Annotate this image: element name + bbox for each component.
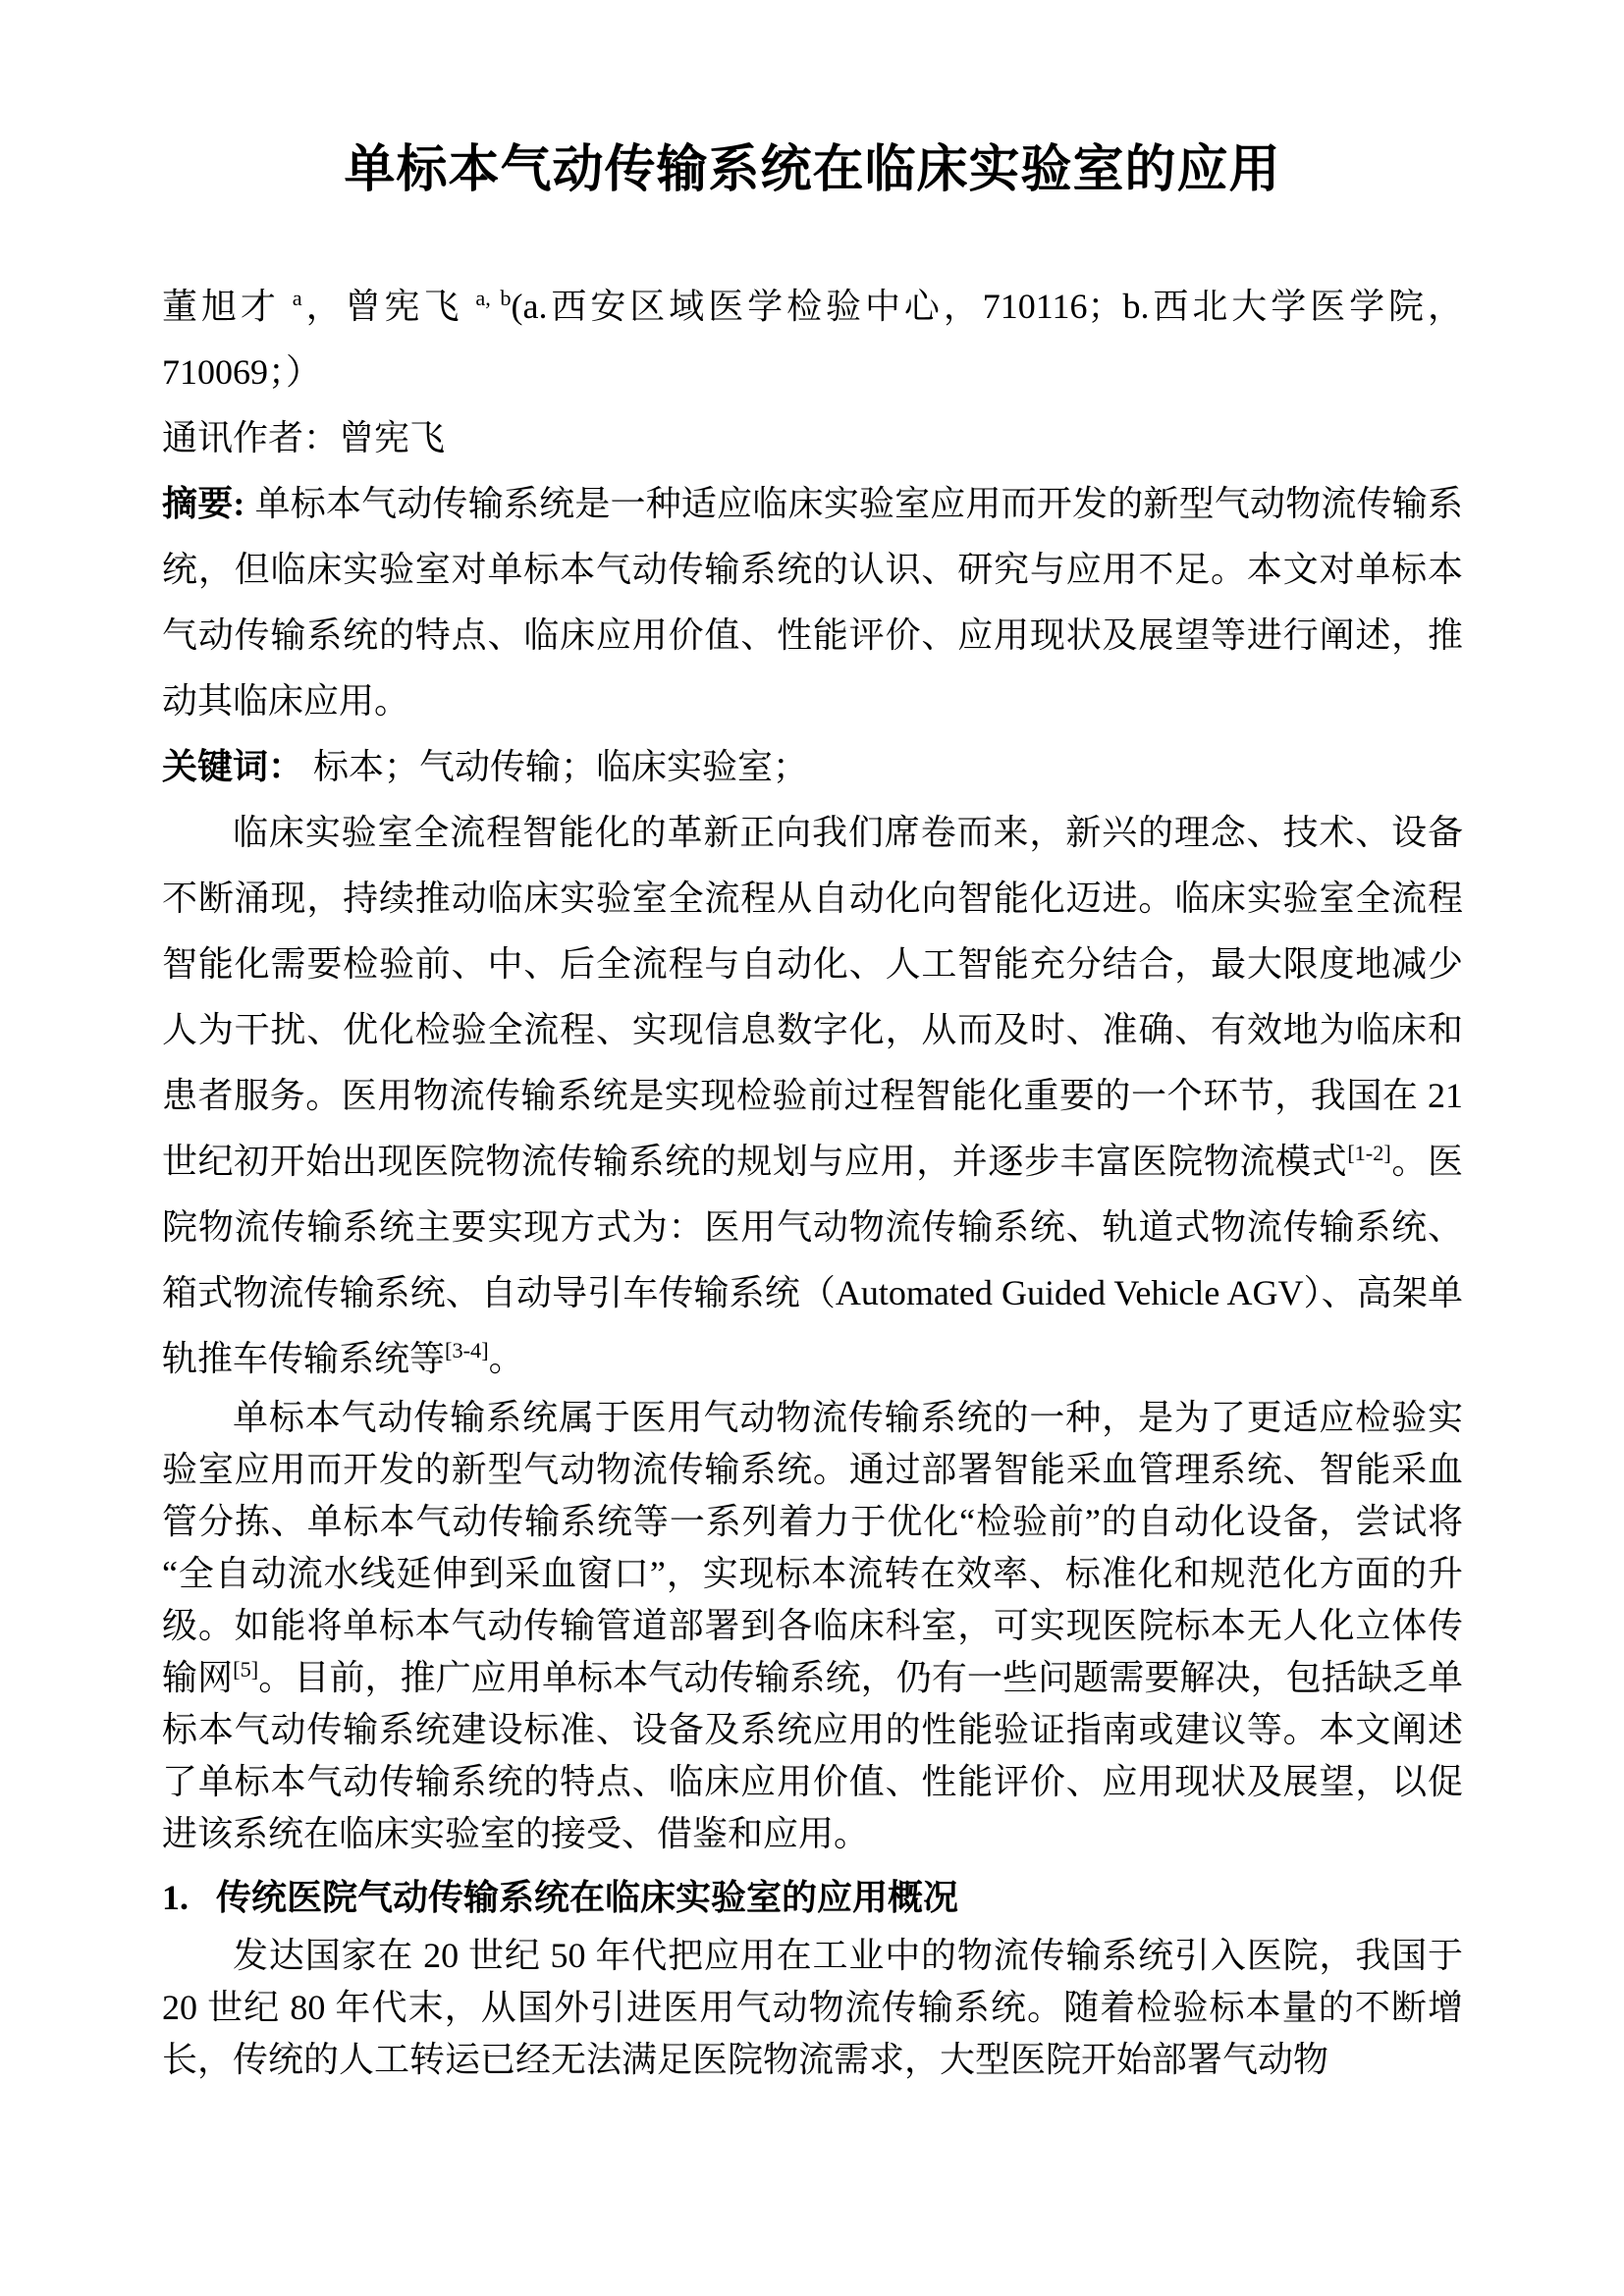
abstract-paragraph: 摘要:单标本气动传输系统是一种适应临床实验室应用而开发的新型气动物流传输系统，但… bbox=[162, 471, 1463, 734]
paper-title: 单标本气动传输系统在临床实验室的应用 bbox=[162, 131, 1463, 211]
body-section: 单标本气动传输系统属于医用气动物流传输系统的一种，是为了更适应检验实验室应用而开… bbox=[162, 1392, 1463, 2086]
abstract-label: 摘要: bbox=[162, 484, 244, 523]
author-affiliation-line: 董旭才 a，曾宪飞 a, b(a.西安区域医学检验中心，710116；b.西北大… bbox=[162, 274, 1463, 405]
keywords-text: 标本；气动传输；临床实验室； bbox=[313, 747, 808, 786]
keywords-label: 关键词： bbox=[162, 747, 303, 786]
section-1-number: 1. bbox=[162, 1878, 189, 1917]
intro-paragraph-1: 临床实验室全流程智能化的革新正向我们席卷而来，新兴的理念、技术、设备不断涌现，持… bbox=[162, 800, 1463, 1392]
section-1-heading: 1.传统医院气动传输系统在临床实验室的应用概况 bbox=[162, 1872, 1463, 1924]
intro-paragraph-2: 单标本气动传输系统属于医用气动物流传输系统的一种，是为了更适应检验实验室应用而开… bbox=[162, 1392, 1463, 1860]
section-1-title: 传统医院气动传输系统在临床实验室的应用概况 bbox=[216, 1878, 958, 1917]
front-matter-section: 董旭才 a，曾宪飞 a, b(a.西安区域医学检验中心，710116；b.西北大… bbox=[162, 274, 1463, 1392]
keywords-paragraph: 关键词：标本；气动传输；临床实验室； bbox=[162, 734, 1463, 800]
corresponding-author-line: 通讯作者：曾宪飞 bbox=[162, 405, 1463, 471]
abstract-text: 单标本气动传输系统是一种适应临床实验室应用而开发的新型气动物流传输系统，但临床实… bbox=[162, 484, 1463, 721]
document-page: 单标本气动传输系统在临床实验室的应用 董旭才 a，曾宪飞 a, b(a.西安区域… bbox=[0, 0, 1624, 2296]
section-1-paragraph-1: 发达国家在 20 世纪 50 年代把应用在工业中的物流传输系统引入医院，我国于 … bbox=[162, 1930, 1463, 2086]
